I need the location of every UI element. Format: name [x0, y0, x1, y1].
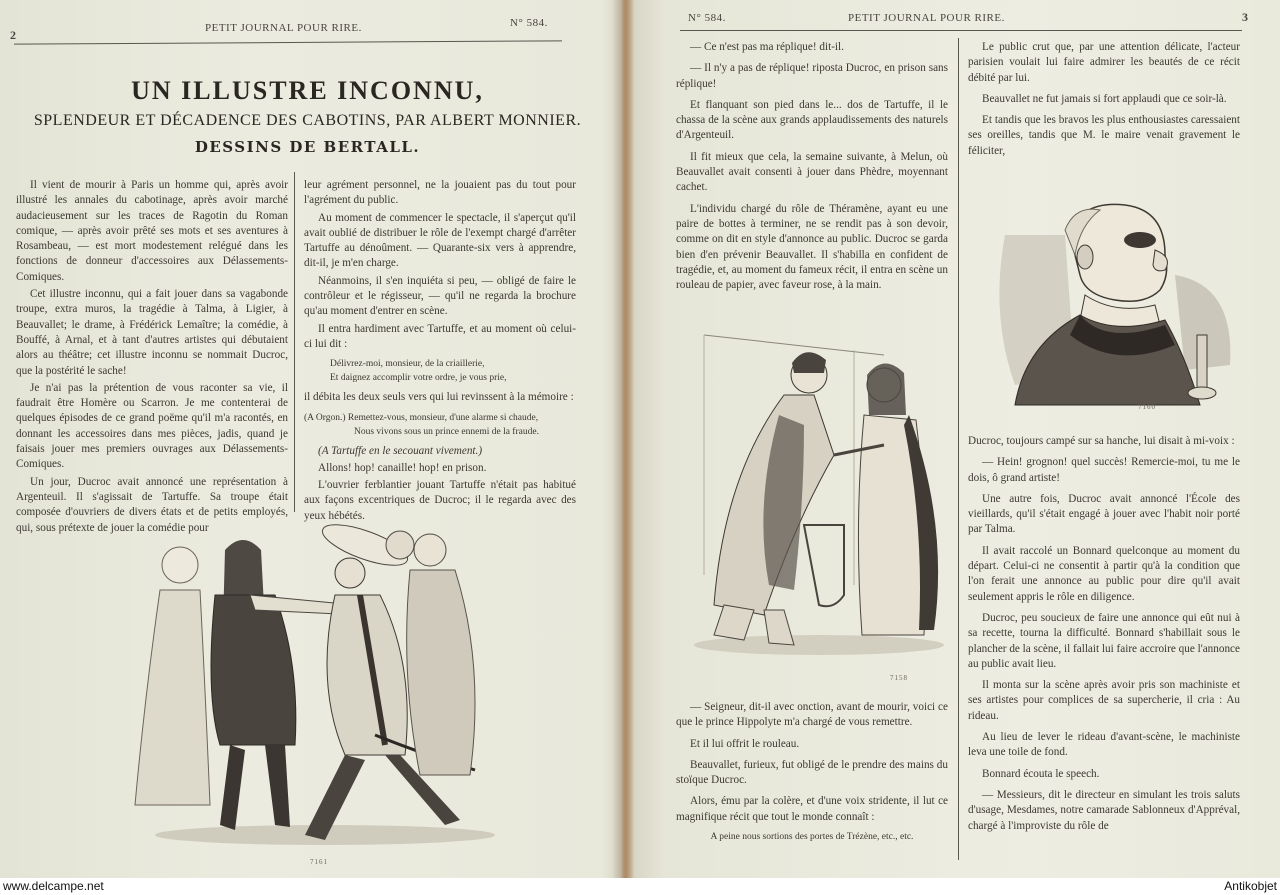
article-column-4-continued: Ducroc, toujours campé sur sa hanche, lu…	[968, 434, 1240, 836]
stage-direction-text: (A Tartuffe en le secouant vivement.)	[318, 445, 482, 457]
paragraph: Une autre fois, Ducroc avait annoncé l'É…	[968, 492, 1240, 538]
verse-line: (A Orgon.) Remettez-vous, monsieur, d'un…	[304, 411, 576, 425]
issue-number: N° 584.	[688, 12, 726, 24]
verse-line: Et daignez accomplir votre ordre, je vou…	[304, 371, 576, 385]
paragraph: Il fit mieux que cela, la semaine suivan…	[676, 150, 948, 196]
column-divider	[958, 38, 959, 860]
paragraph: Allons! hop! canaille! hop! en prison.	[304, 461, 576, 476]
paragraph: — Il n'y a pas de réplique! riposta Ducr…	[676, 61, 948, 92]
paragraph: Il vient de mourir à Paris un homme qui,…	[16, 178, 288, 285]
illustration-arrest-scene	[125, 515, 505, 850]
header-rule	[14, 40, 562, 44]
paragraph: Alors, ému par la colère, et d'une voix …	[676, 794, 948, 825]
paragraph: Et flanquant son pied dans le... dos de …	[676, 98, 948, 144]
paragraph: Ducroc, peu soucieux de faire une annonc…	[968, 611, 1240, 672]
column-divider	[294, 172, 295, 512]
issue-number: N° 584.	[510, 17, 548, 29]
paragraph: Il avait raccolé un Bonnard quelconque a…	[968, 544, 1240, 605]
paragraph: Bonnard écouta le speech.	[968, 767, 1240, 782]
paragraph: Beauvallet ne fut jamais si fort applaud…	[968, 92, 1240, 107]
left-page: 2 PETIT JOURNAL POUR RIRE. N° 584. UN IL…	[0, 0, 615, 878]
article-column-2: leur agrément personnel, ne la jouaient …	[304, 178, 576, 526]
engraving-actors-icon	[684, 325, 954, 670]
illustration-phedre-scene	[684, 325, 954, 670]
paragraph: Et tandis que les bravos les plus enthou…	[968, 113, 1240, 159]
verse-line: Délivrez-moi, monsieur, de la criailleri…	[304, 357, 576, 371]
paragraph: il débita les deux seuls vers qui lui re…	[304, 390, 576, 405]
paragraph: Néanmoins, il s'en inquiéta si peu, — ob…	[304, 274, 576, 320]
stage-direction: (A Tartuffe en le secouant vivement.)	[304, 444, 576, 459]
article-column-3: — Ce n'est pas ma réplique! dit-il. — Il…	[676, 40, 948, 295]
paragraph: Le public crut que, par une attention dé…	[968, 40, 1240, 86]
seller-watermark: Antikobjet	[1224, 879, 1277, 893]
paragraph: Il entra hardiment avec Tartuffe, et au …	[304, 322, 576, 353]
source-watermark: www.delcampe.net	[3, 879, 104, 893]
watermark-footer: www.delcampe.net Antikobjet	[0, 878, 1280, 895]
paragraph: — Seigneur, dit-il avec onction, avant d…	[676, 700, 948, 731]
paragraph: Au moment de commencer le spectacle, il …	[304, 211, 576, 272]
verse-line: A peine nous sortions des portes de Tréz…	[676, 830, 948, 844]
paragraph: — Ce n'est pas ma réplique! dit-il.	[676, 40, 948, 55]
illustrator-credit: DESSINS DE BERTALL.	[0, 138, 615, 156]
verse-line: Nous vivons sous un prince ennemi de la …	[304, 425, 576, 439]
running-title: PETIT JOURNAL POUR RIRE.	[848, 12, 1005, 24]
article-column-1: Il vient de mourir à Paris un homme qui,…	[16, 178, 288, 538]
headline: UN ILLUSTRE INCONNU,	[0, 76, 615, 106]
paragraph: Beauvallet, furieux, fut obligé de le pr…	[676, 758, 948, 789]
right-running-head: N° 584. PETIT JOURNAL POUR RIRE. 3	[640, 12, 1280, 36]
subheadline: SPLENDEUR ET DÉCADENCE DES CABOTINS, par…	[0, 112, 615, 130]
right-page: N° 584. PETIT JOURNAL POUR RIRE. 3 — Ce …	[640, 0, 1280, 878]
header-rule	[680, 30, 1242, 31]
engraving-arrest-icon	[125, 515, 505, 850]
running-title: PETIT JOURNAL POUR RIRE.	[205, 22, 362, 34]
paragraph: Il monta sur la scène après avoir pris s…	[968, 678, 1240, 724]
paragraph: Au lieu de lever le rideau d'avant-scène…	[968, 730, 1240, 761]
left-running-head: 2 PETIT JOURNAL POUR RIRE. N° 584.	[0, 12, 615, 36]
page-fold	[612, 0, 634, 878]
paragraph: — Hein! grognon! quel succès! Remercie-m…	[968, 455, 1240, 486]
paragraph: — Messieurs, dit le directeur en simulan…	[968, 788, 1240, 834]
paragraph: Cet illustre inconnu, qui a fait jouer d…	[16, 287, 288, 379]
paragraph: Ducroc, toujours campé sur sa hanche, lu…	[968, 434, 1240, 449]
illustration-caption: 7161	[310, 858, 328, 866]
paragraph: Je n'ai pas la prétention de vous racont…	[16, 381, 288, 473]
page-number: 2	[10, 28, 17, 43]
article-column-3-continued: — Seigneur, dit-il avec onction, avant d…	[676, 700, 948, 849]
paragraph: leur agrément personnel, ne la jouaient …	[304, 178, 576, 209]
paragraph: Et il lui offrit le rouleau.	[676, 737, 948, 752]
illustration-portrait	[985, 195, 1255, 410]
article-column-4: Le public crut que, par une attention dé…	[968, 40, 1240, 161]
illustration-caption: 7158	[890, 674, 908, 682]
engraving-portrait-icon	[985, 195, 1255, 410]
illustration-caption: 7160	[1138, 403, 1156, 411]
page-number: 3	[1242, 10, 1249, 25]
paragraph: L'individu chargé du rôle de Théramène, …	[676, 202, 948, 294]
